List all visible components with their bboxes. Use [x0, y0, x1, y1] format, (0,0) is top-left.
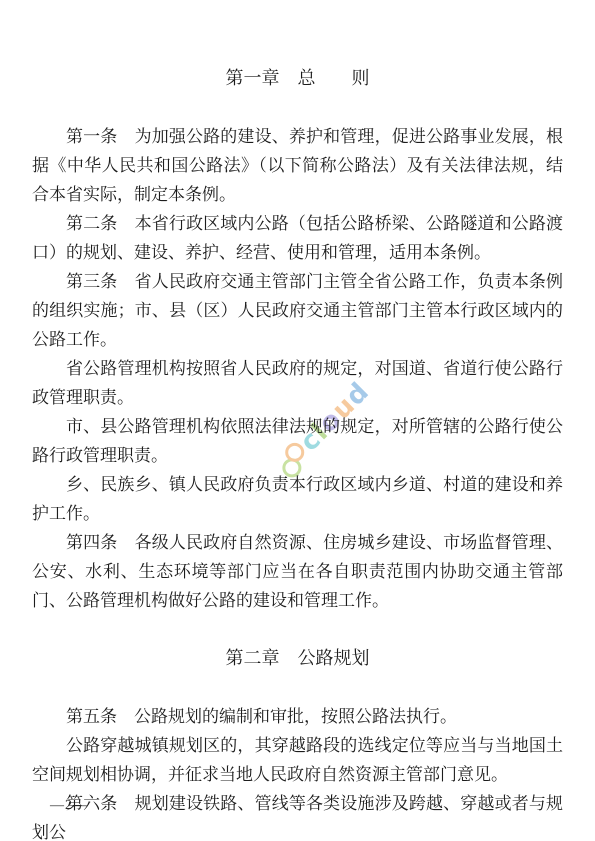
page-number: —2—	[50, 798, 88, 814]
paragraph: 第二条 本省行政区域内公路（包括公路桥梁、公路隧道和公路渡口）的规划、建设、养护…	[32, 209, 563, 267]
paragraph: 省公路管理机构按照省人民政府的规定，对国道、省道行使公路行政管理职责。	[32, 354, 563, 412]
paragraph: 公路穿越城镇规划区的，其穿越路段的选线定位等应当与当地国土空间规划相协调，并征求…	[32, 731, 563, 789]
paragraph: 第六条 规划建设铁路、管线等各类设施涉及跨越、穿越或者与规划公	[32, 789, 563, 841]
chapter-heading: 第二章 公路规划	[32, 644, 563, 673]
paragraph: 乡、民族乡、镇人民政府负责本行政区域内乡道、村道的建设和养护工作。	[32, 470, 563, 528]
paragraph: 市、县公路管理机构依照法律法规的规定，对所管辖的公路行使公路行政管理职责。	[32, 412, 563, 470]
paragraph: 第四条 各级人民政府自然资源、住房城乡建设、市场监督管理、公安、水利、生态环境等…	[32, 528, 563, 615]
paragraph: 第一条 为加强公路的建设、养护和管理，促进公路事业发展，根据《中华人民共和国公路…	[32, 122, 563, 209]
document-page: cloud 第一章 总 则第一条 为加强公路的建设、养护和管理，促进公路事业发展…	[0, 0, 595, 841]
document-body: 第一章 总 则第一条 为加强公路的建设、养护和管理，促进公路事业发展，根据《中华…	[32, 64, 563, 841]
paragraph: 第五条 公路规划的编制和审批，按照公路法执行。	[32, 702, 563, 731]
chapter-heading: 第一章 总 则	[32, 64, 563, 93]
paragraph: 第三条 省人民政府交通主管部门主管全省公路工作，负责本条例的组织实施；市、县（区…	[32, 267, 563, 354]
